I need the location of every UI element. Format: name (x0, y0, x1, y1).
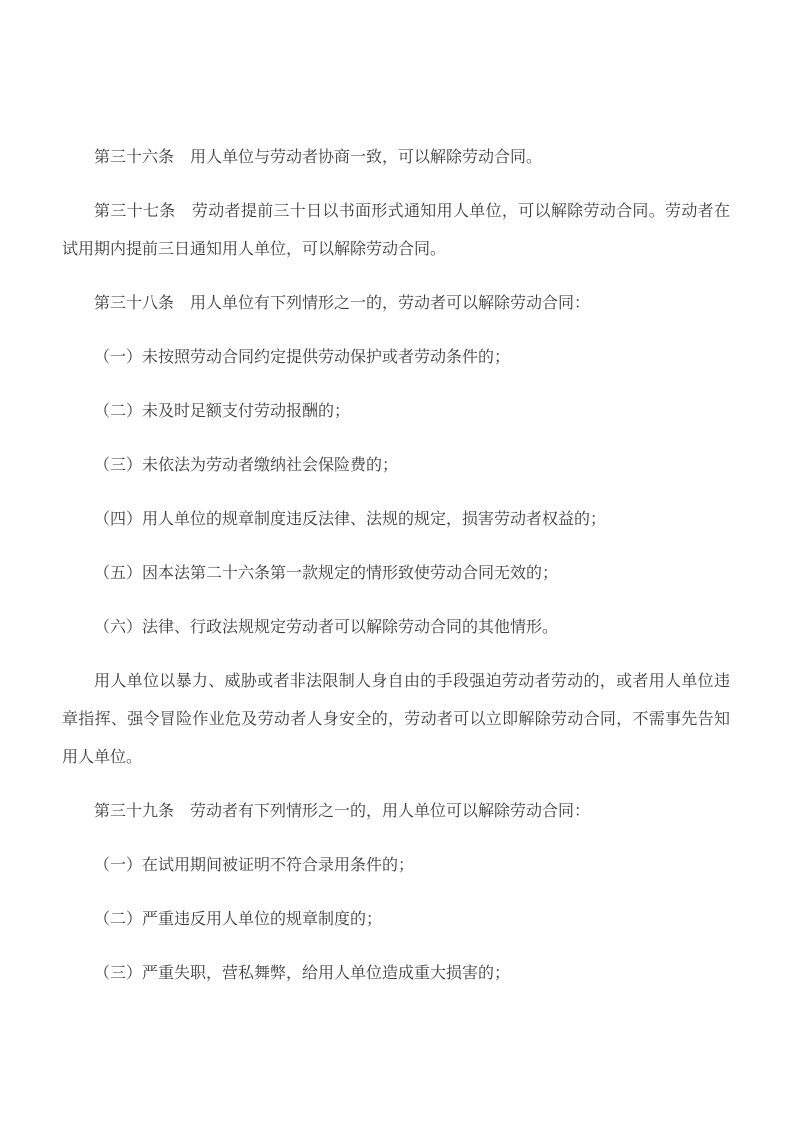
paragraph: （二）严重违反用人单位的规章制度的； (62, 900, 730, 938)
paragraph: （三）未依法为劳动者缴纳社会保险费的； (62, 446, 730, 484)
paragraph: 第三十八条 用人单位有下列情形之一的，劳动者可以解除劳动合同： (62, 284, 730, 322)
document-content: 第三十六条 用人单位与劳动者协商一致，可以解除劳动合同。第三十七条 劳动者提前三… (0, 0, 793, 992)
paragraph: 第三十六条 用人单位与劳动者协商一致，可以解除劳动合同。 (62, 138, 730, 176)
paragraph: （五）因本法第二十六条第一款规定的情形致使劳动合同无效的； (62, 554, 730, 592)
paragraph: 第三十七条 劳动者提前三十日以书面形式通知用人单位，可以解除劳动合同。劳动者在试… (62, 192, 730, 268)
paragraph: （四）用人单位的规章制度违反法律、法规的规定，损害劳动者权益的； (62, 500, 730, 538)
paragraph: （六）法律、行政法规规定劳动者可以解除劳动合同的其他情形。 (62, 608, 730, 646)
paragraph: （一）未按照劳动合同约定提供劳动保护或者劳动条件的； (62, 338, 730, 376)
paragraph: （二）未及时足额支付劳动报酬的； (62, 392, 730, 430)
document-page: 第三十六条 用人单位与劳动者协商一致，可以解除劳动合同。第三十七条 劳动者提前三… (0, 0, 793, 1122)
paragraph: （一）在试用期间被证明不符合录用条件的； (62, 846, 730, 884)
paragraph: 用人单位以暴力、威胁或者非法限制人身自由的手段强迫劳动者劳动的，或者用人单位违章… (62, 662, 730, 776)
paragraph: 第三十九条 劳动者有下列情形之一的，用人单位可以解除劳动合同： (62, 792, 730, 830)
paragraph: （三）严重失职，营私舞弊，给用人单位造成重大损害的； (62, 954, 730, 992)
